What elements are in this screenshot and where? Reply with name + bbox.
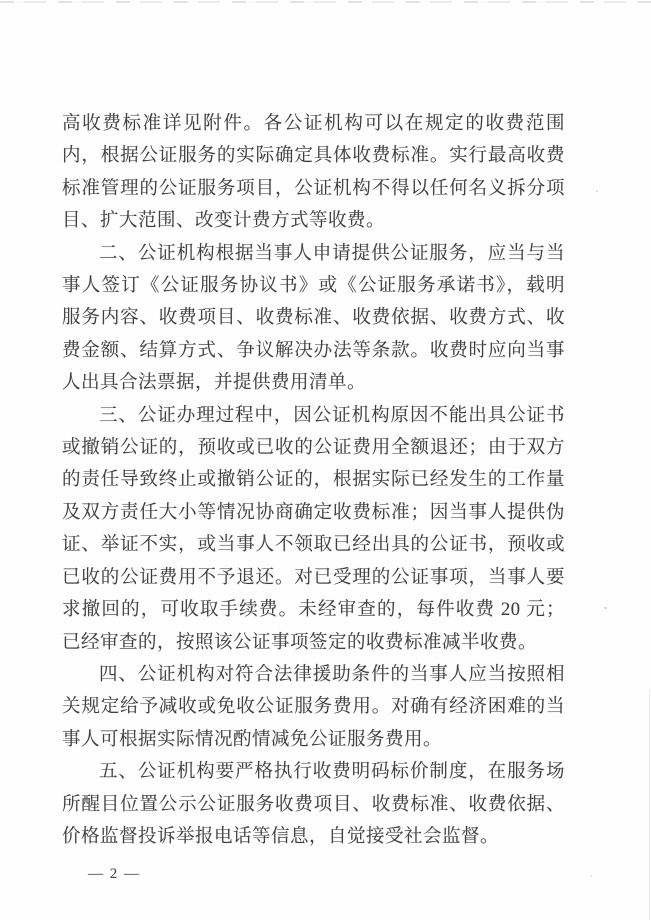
scan-artifact-top-line xyxy=(0,1,651,3)
scan-speck xyxy=(596,190,598,192)
page-number: — 2 — xyxy=(88,866,141,883)
paragraph-item-5: 五、公证机构要严格执行收费明码标价制度，在服务场所醒目位置公示公证服务收费项目、… xyxy=(62,756,565,853)
document-body: 高收费标准详见附件。各公证机构可以在规定的收费范围内，根据公证服务的实际确定具体… xyxy=(62,108,565,853)
scanned-document-page: 高收费标准详见附件。各公证机构可以在规定的收费范围内，根据公证服务的实际确定具体… xyxy=(0,0,651,920)
paragraph-continuation: 高收费标准详见附件。各公证机构可以在规定的收费范围内，根据公证服务的实际确定具体… xyxy=(62,108,565,238)
paragraph-item-3: 三、公证办理过程中，因公证机构原因不能出具公证书或撤销公证的，预收或已收的公证费… xyxy=(62,400,565,659)
scan-speck xyxy=(590,875,592,877)
scan-artifact-right-edge xyxy=(649,690,650,920)
paragraph-item-2: 二、公证机构根据当事人申请提供公证服务，应当与当事人签订《公证服务协议书》或《公… xyxy=(62,238,565,400)
paragraph-item-4: 四、公证机构对符合法律援助条件的当事人应当按照相关规定给予减收或免收公证服务费用… xyxy=(62,659,565,756)
scan-speck xyxy=(604,607,607,609)
